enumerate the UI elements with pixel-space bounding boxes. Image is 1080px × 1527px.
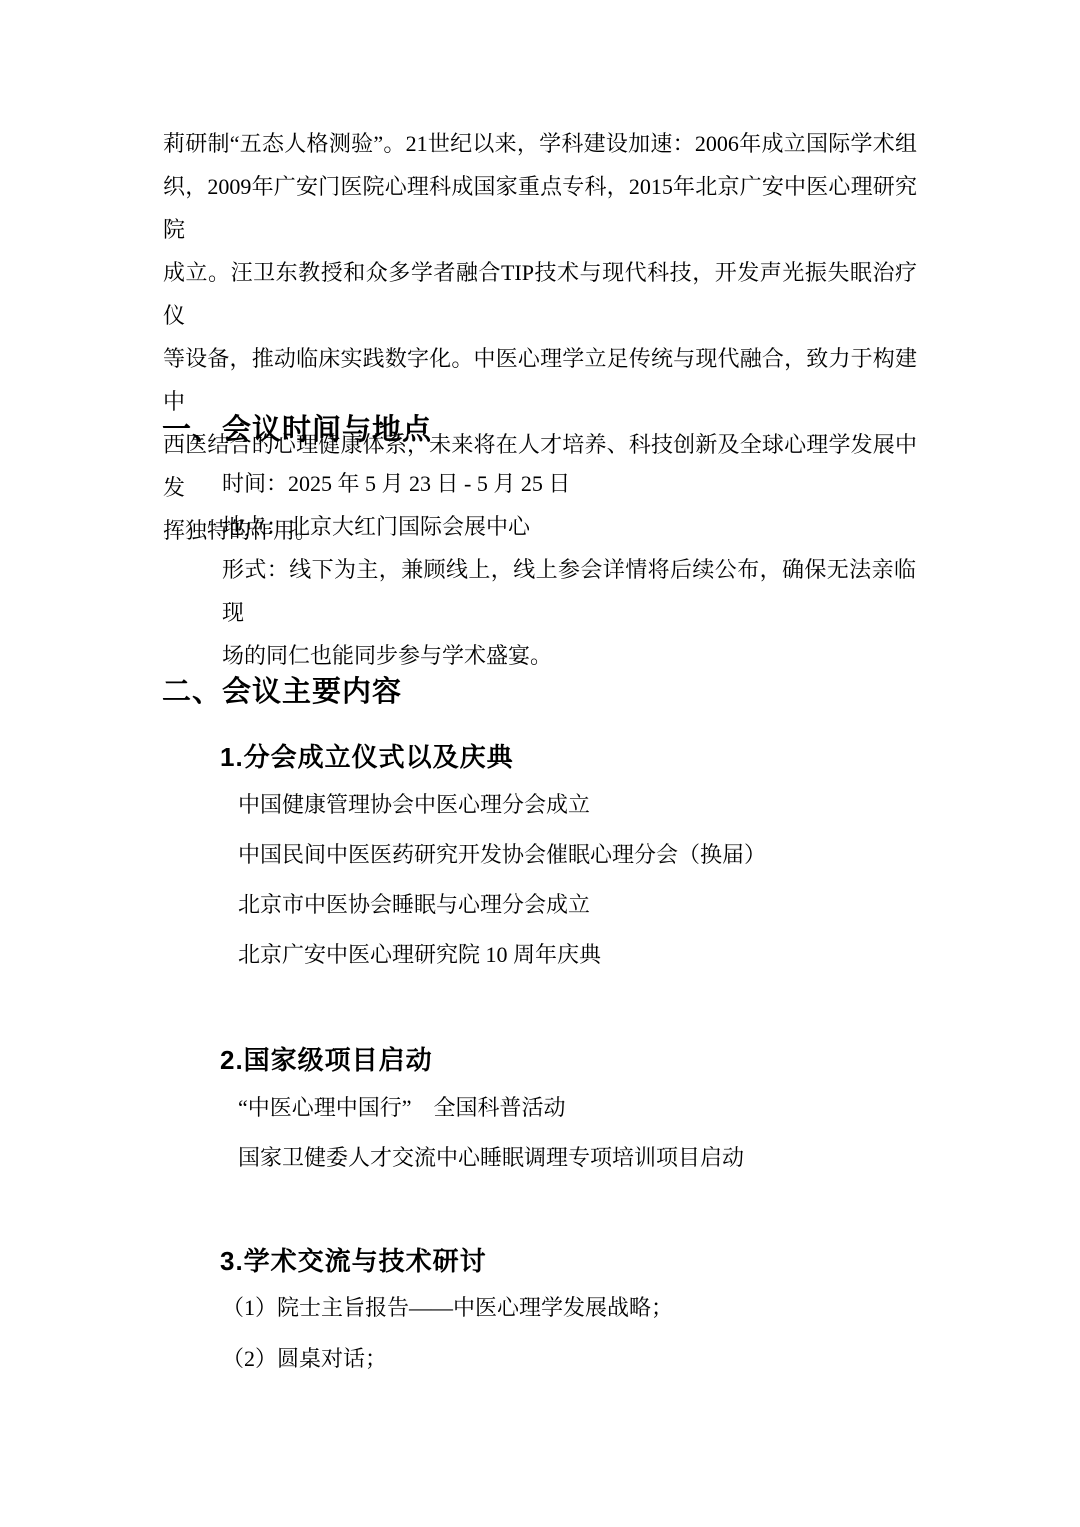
location-line: 地点：北京大红门国际会展中心 bbox=[222, 505, 916, 548]
project-item: “中医心理中国行” 全国科普活动 bbox=[238, 1094, 566, 1122]
document-page: 莉研制“五态人格测验”。21世纪以来，学科建设加速：2006年成立国际学术组 织… bbox=[0, 0, 1080, 1527]
time-line: 时间：2025 年 5 月 23 日 - 5 月 25 日 bbox=[222, 462, 916, 505]
ceremony-item: 北京市中医协会睡眠与心理分会成立 bbox=[238, 891, 590, 919]
subsection-title-national-projects: 2.国家级项目启动 bbox=[220, 1044, 433, 1076]
intro-line: 成立。汪卫东教授和众多学者融合TIP技术与现代科技，开发声光振失眠治疗仪 bbox=[163, 251, 917, 337]
format-line: 形式：线下为主，兼顾线上，线上参会详情将后续公布，确保无法亲临现 bbox=[222, 548, 916, 634]
intro-line: 织，2009年广安门医院心理科成国家重点专科，2015年北京广安中医心理研究院 bbox=[163, 165, 917, 251]
section-heading-time-location: 一、会议时间与地点 bbox=[162, 412, 432, 448]
section-time-location-body: 时间：2025 年 5 月 23 日 - 5 月 25 日 地点：北京大红门国际… bbox=[222, 462, 916, 677]
ceremony-item: 中国民间中医医药研究开发协会催眠心理分会（换届） bbox=[238, 841, 766, 869]
agenda-item: （2）圆桌对话； bbox=[222, 1345, 387, 1373]
subsection-title-ceremonies: 1.分会成立仪式以及庆典 bbox=[220, 741, 514, 773]
agenda-item: （1）院士主旨报告——中医心理学发展战略； bbox=[222, 1294, 673, 1322]
subsection-title-academic-exchange: 3.学术交流与技术研讨 bbox=[220, 1245, 487, 1277]
ceremony-item: 北京广安中医心理研究院 10 周年庆典 bbox=[238, 941, 601, 969]
intro-line: 莉研制“五态人格测验”。21世纪以来，学科建设加速：2006年成立国际学术组 bbox=[163, 122, 917, 165]
section-heading-main-content: 二、会议主要内容 bbox=[162, 674, 402, 710]
ceremony-item: 中国健康管理协会中医心理分会成立 bbox=[238, 791, 590, 819]
project-item: 国家卫健委人才交流中心睡眠调理专项培训项目启动 bbox=[238, 1144, 744, 1172]
format-line-continued: 场的同仁也能同步参与学术盛宴。 bbox=[222, 634, 916, 677]
intro-line: 等设备，推动临床实践数字化。中医心理学立足传统与现代融合，致力于构建中 bbox=[163, 337, 917, 423]
